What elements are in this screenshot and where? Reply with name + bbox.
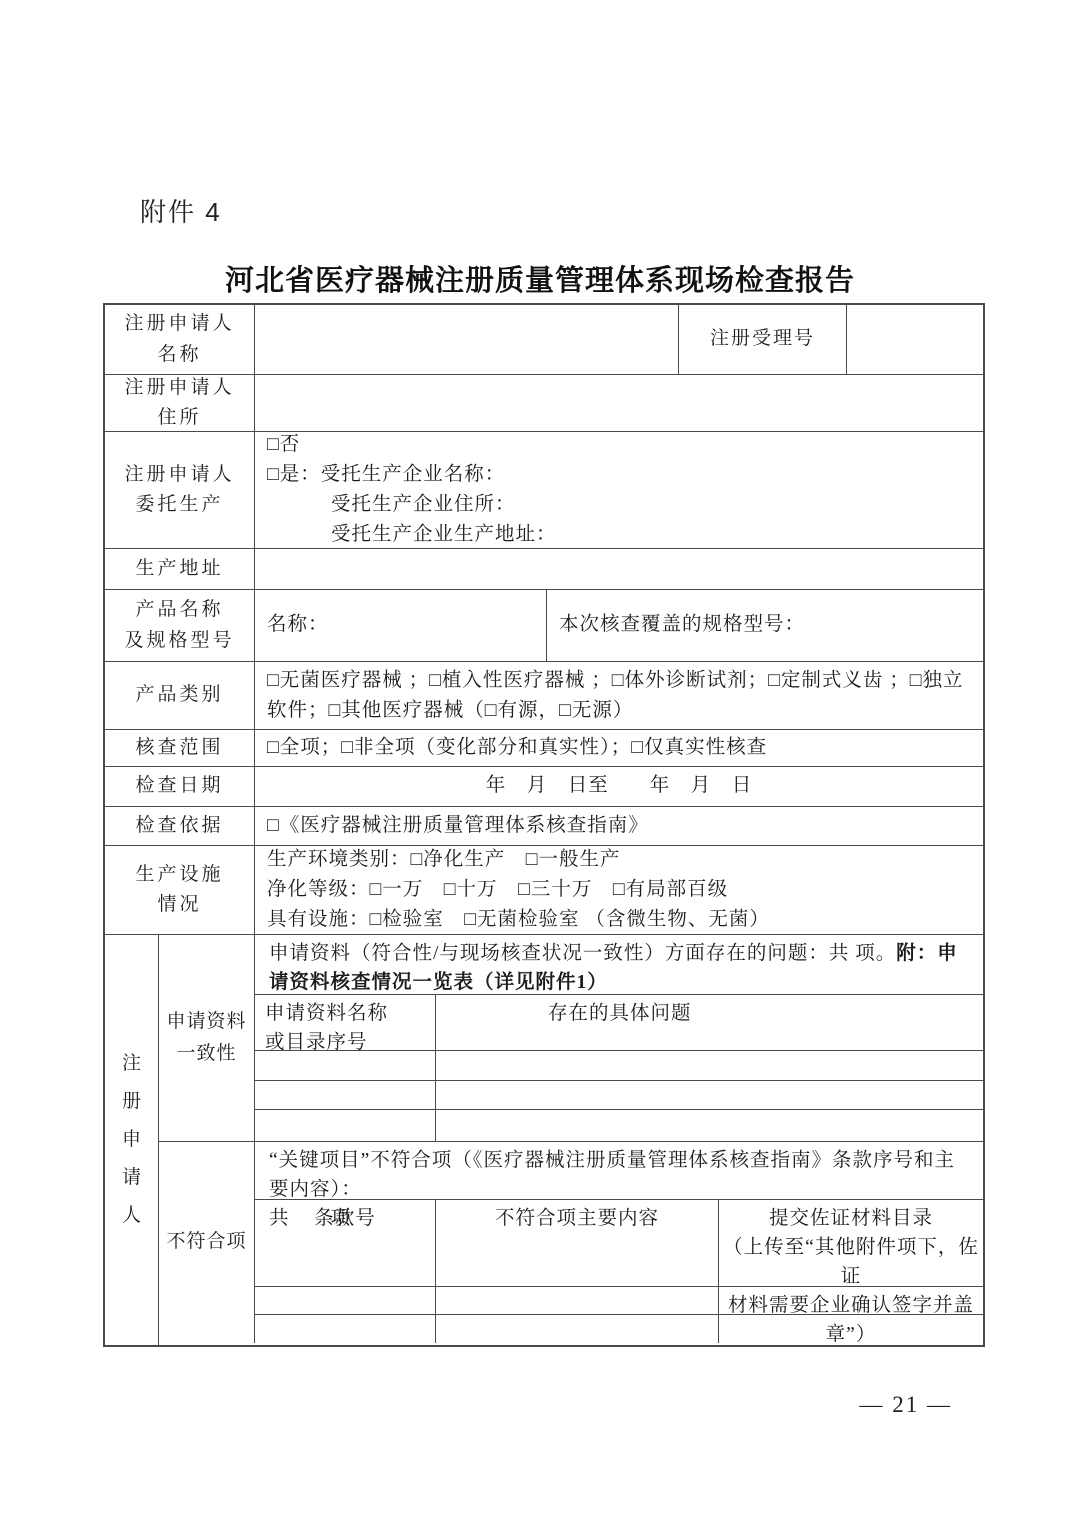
- field-label-inspection-date: 检查日期: [105, 767, 255, 806]
- material-consistency-content: 申请资料（符合性/与现场核查状况一致性）方面存在的问题：共 项。附：申请资料核查…: [255, 935, 983, 1141]
- entrusted-production-options: □否 □是：受托生产企业名称： 受托生产企业住所： 受托生产企业生产地址：: [255, 432, 983, 548]
- production-facilities-options: 生产环境类别：□净化生产 □一般生产 净化等级：□一万 □十万 □三十万 □有局…: [255, 846, 983, 934]
- nonconformity-empty-row: [255, 1315, 983, 1343]
- specific-problems-blank-cell: [436, 1081, 983, 1110]
- attachment-label: 附件 4: [140, 192, 222, 229]
- consistency-empty-row: [255, 1110, 983, 1141]
- row-applicant-address: 注册申请人 住所: [105, 375, 983, 432]
- nonconformity-intro-line1: “关键项目”不符合项（《医疗器械注册质量管理体系核查指南》条款序号和主要内容）：: [269, 1146, 969, 1204]
- clause-no-blank-cell: [255, 1315, 436, 1343]
- applicant-name-blank-cell: [255, 305, 679, 374]
- group-vertical-label-applicant: 注 册 申 请 人: [105, 935, 159, 1345]
- inspection-form-table: 注册申请人 名称 注册受理号 注册申请人 住所 注册申请人 委托生产 □否 □是…: [103, 303, 985, 1347]
- row-inspection-date: 检查日期 年 月 日至 年 月 日: [105, 767, 983, 807]
- inspection-basis-option: □《医疗器械注册质量管理体系核查指南》: [255, 807, 983, 845]
- material-name-blank-cell: [255, 1110, 436, 1141]
- registration-no-blank-cell: [847, 305, 983, 374]
- consistency-intro-text: 申请资料（符合性/与现场核查状况一致性）方面存在的问题：共 项。: [269, 943, 896, 964]
- section-nonconformity: 不符合项 “关键项目”不符合项（《医疗器械注册质量管理体系核查指南》条款序号和主…: [159, 1142, 983, 1343]
- page-number: — 21 —: [860, 1392, 953, 1418]
- supporting-material-title: 提交佐证材料目录: [723, 1204, 979, 1233]
- row-entrusted-production: 注册申请人 委托生产 □否 □是：受托生产企业名称： 受托生产企业住所： 受托生…: [105, 432, 983, 549]
- production-address-blank-cell: [255, 549, 983, 589]
- row-production-address: 生产地址: [105, 549, 983, 590]
- consistency-empty-row: [255, 1081, 983, 1111]
- document-page: 附件 4 河北省医疗器械注册质量管理体系现场检查报告 注册申请人 名称 注册受理…: [0, 0, 1080, 1527]
- nonconformity-empty-row: [255, 1287, 983, 1315]
- nonconformity-subtable-header: 条款号 不符合项主要内容 提交佐证材料目录 （上传至“其他附件项下，佐证 材料需…: [255, 1200, 983, 1287]
- entrusted-option-yes: □是：受托生产企业名称：: [267, 460, 971, 490]
- row-product-category: 产品类别 □无菌医疗器械 ；□植入性医疗器械 ；□体外诊断试剂；□定制式义齿 ；…: [105, 662, 983, 730]
- facilities-purification-line: 净化等级：□一万 □十万 □三十万 □有局部百级: [267, 875, 971, 905]
- row-production-facilities: 生产设施 情况 生产环境类别：□净化生产 □一般生产 净化等级：□一万 □十万 …: [105, 846, 983, 935]
- field-label-registration-no: 注册受理号: [679, 305, 847, 374]
- specific-problems-blank-cell: [436, 1051, 983, 1080]
- row-applicant-name: 注册申请人 名称 注册受理号: [105, 305, 983, 375]
- clause-no-blank-cell: [255, 1287, 436, 1314]
- nonconformity-main-content-blank-cell: [436, 1315, 719, 1343]
- facilities-environment-line: 生产环境类别：□净化生产 □一般生产: [267, 846, 971, 875]
- inspection-date-value: 年 月 日至 年 月 日: [255, 767, 983, 806]
- product-spec-label: 本次核查覆盖的规格型号：: [559, 611, 971, 639]
- consistency-empty-row: [255, 1051, 983, 1081]
- material-name-blank-cell: [255, 1081, 436, 1110]
- supporting-material-blank-cell: [719, 1315, 983, 1343]
- supporting-material-blank-cell: [719, 1287, 983, 1314]
- entrusted-option-no: □否: [267, 432, 971, 460]
- field-label-applicant-name: 注册申请人 名称: [105, 305, 255, 374]
- entrusted-company-address-line: 受托生产企业住所：: [267, 490, 971, 520]
- page-title: 河北省医疗器械注册质量管理体系现场检查报告: [0, 258, 1080, 299]
- column-header-clause-no: 条款号: [255, 1200, 436, 1286]
- section-material-consistency: 申请资料 一致性 申请资料（符合性/与现场核查状况一致性）方面存在的问题：共 项…: [159, 935, 983, 1142]
- facilities-labs-line: 具有设施：□检验室 □无菌检验室 （含微生物、无菌）: [267, 905, 971, 934]
- verification-scope-options: □全项；□非全项（变化部分和真实性）；□仅真实性核查: [255, 730, 983, 766]
- row-product-name-spec: 产品名称 及规格型号 名称： 本次核查覆盖的规格型号：: [105, 590, 983, 662]
- column-header-nonconformity-main-content: 不符合项主要内容: [436, 1200, 719, 1286]
- field-label-applicant-address: 注册申请人 住所: [105, 375, 255, 431]
- entrusted-production-address-line: 受托生产企业生产地址：: [267, 520, 971, 548]
- field-label-inspection-basis: 检查依据: [105, 807, 255, 845]
- column-header-supporting-material: 提交佐证材料目录 （上传至“其他附件项下，佐证 材料需要企业确认签字并盖章”）: [719, 1200, 983, 1286]
- field-label-product-name-spec: 产品名称 及规格型号: [105, 590, 255, 661]
- field-label-product-category: 产品类别: [105, 662, 255, 729]
- specific-problems-blank-cell: [436, 1110, 983, 1141]
- product-name-label: 名称：: [267, 611, 534, 639]
- material-consistency-intro: 申请资料（符合性/与现场核查状况一致性）方面存在的问题：共 项。附：申请资料核查…: [255, 935, 983, 995]
- nonconformity-content: “关键项目”不符合项（《医疗器械注册质量管理体系核查指南》条款序号和主要内容）：…: [255, 1142, 983, 1343]
- nonconformity-intro: “关键项目”不符合项（《医疗器械注册质量管理体系核查指南》条款序号和主要内容）：…: [255, 1142, 983, 1200]
- applicant-group-content: 申请资料 一致性 申请资料（符合性/与现场核查状况一致性）方面存在的问题：共 项…: [159, 935, 983, 1345]
- row-verification-scope: 核查范围 □全项；□非全项（变化部分和真实性）；□仅真实性核查: [105, 730, 983, 767]
- column-header-material-name: 申请资料名称 或目录序号: [255, 995, 436, 1050]
- field-label-entrusted-production: 注册申请人 委托生产: [105, 432, 255, 548]
- product-spec-cell: 本次核查覆盖的规格型号：: [547, 590, 983, 661]
- row-applicant-group: 注 册 申 请 人 申请资料 一致性 申请资料（符合性/与现场核查状况一致性）方…: [105, 935, 983, 1345]
- consistency-subtable-header: 申请资料名称 或目录序号 存在的具体问题: [255, 995, 983, 1051]
- applicant-address-blank-cell: [255, 375, 983, 431]
- field-label-production-facilities: 生产设施 情况: [105, 846, 255, 934]
- field-label-nonconformity: 不符合项: [159, 1142, 255, 1343]
- material-name-blank-cell: [255, 1051, 436, 1080]
- column-header-specific-problems: 存在的具体问题: [436, 995, 983, 1050]
- field-label-production-address: 生产地址: [105, 549, 255, 589]
- field-label-material-consistency: 申请资料 一致性: [159, 935, 255, 1141]
- supporting-material-note-line1: （上传至“其他附件项下，佐证: [723, 1233, 979, 1291]
- product-name-cell: 名称：: [255, 590, 547, 661]
- product-category-options: □无菌医疗器械 ；□植入性医疗器械 ；□体外诊断试剂；□定制式义齿 ；□独立软件…: [255, 662, 983, 729]
- field-label-verification-scope: 核查范围: [105, 730, 255, 766]
- row-inspection-basis: 检查依据 □《医疗器械注册质量管理体系核查指南》: [105, 807, 983, 846]
- nonconformity-main-content-blank-cell: [436, 1287, 719, 1314]
